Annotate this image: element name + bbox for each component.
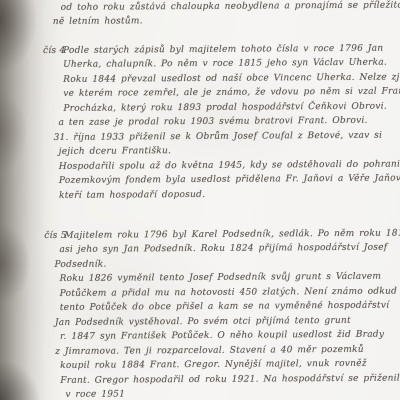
section-cis-4: čís 4 Podle starých zápisů byl majitelem… bbox=[43, 41, 400, 203]
handwritten-line: Frant. Gregor hospodařil od roku 1921. N… bbox=[60, 371, 400, 388]
section-body: Majitelem roku 1796 byl Karel Podsedník,… bbox=[64, 226, 400, 400]
section-cis-5: čís 5 Majitelem roku 1796 byl Karel Pods… bbox=[44, 226, 400, 400]
document-page: od toho roku zůstává chaloupka neobydlen… bbox=[0, 0, 400, 400]
section-label: čís 4 bbox=[43, 44, 65, 59]
handwritten-line: Pozemkovým fondem byla usedlost přidělen… bbox=[59, 171, 400, 188]
handwritten-line: kteří tam hospodaří doposud. bbox=[59, 186, 400, 203]
handwritten-line: asi jeho syn Jan Podsedník. Roku 1824 př… bbox=[59, 241, 400, 258]
section-body: Podle starých zápisů byl majitelem tohot… bbox=[63, 41, 400, 202]
section-label: čís 5 bbox=[44, 229, 66, 244]
handwritten-line-cutoff: v roce 1951 bbox=[65, 385, 400, 400]
handwritten-line: ně letním hostům. bbox=[53, 13, 400, 30]
handwritten-content: od toho roku zůstává chaloupka neobydlen… bbox=[0, 0, 400, 400]
handwritten-line: 31. října 1933 přiženil se k Obrům Josef… bbox=[54, 128, 400, 145]
intro-paragraph: od toho roku zůstává chaloupka neobydlen… bbox=[61, 0, 400, 30]
